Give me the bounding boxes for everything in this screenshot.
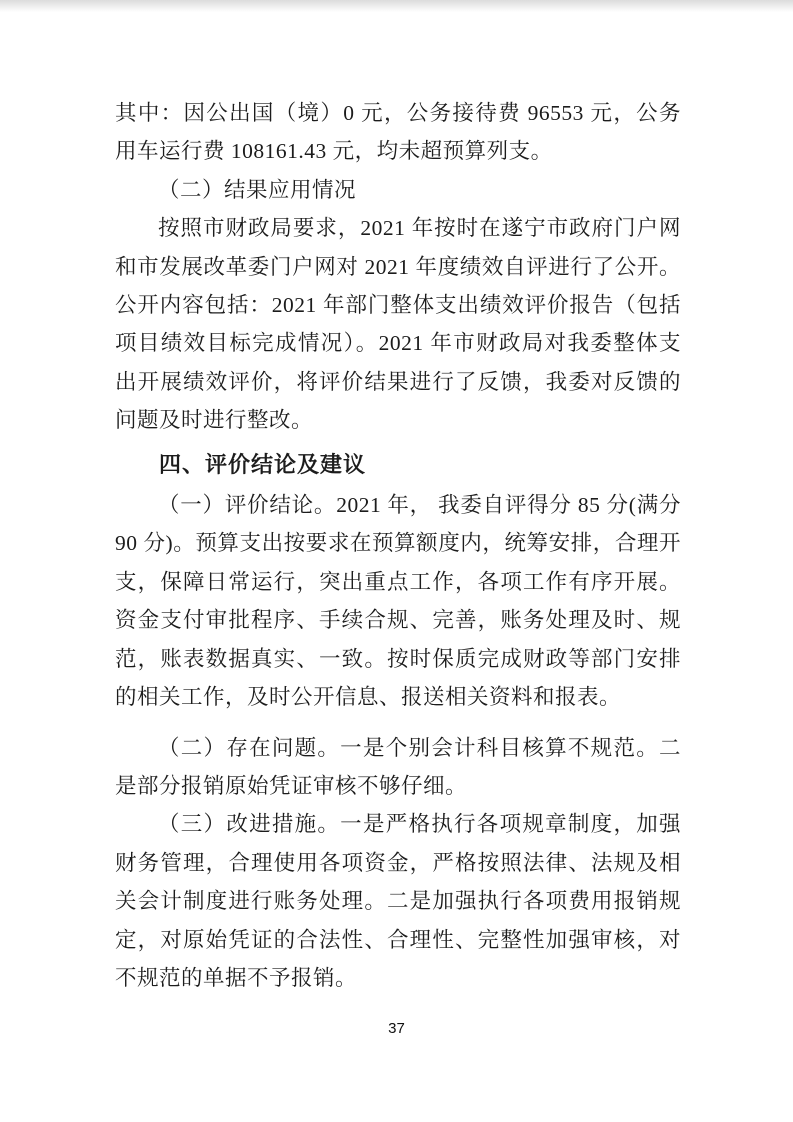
paragraph-improvement-measures: （三）改进措施。一是严格执行各项规章制度，加强财务管理，合理使用各项资金，严格按… bbox=[115, 805, 681, 997]
paragraph-evaluation-conclusion: （一）评价结论。2021 年， 我委自评得分 85 分(满分 90 分)。预算支… bbox=[115, 486, 681, 716]
scan-edge-artifact bbox=[0, 0, 793, 12]
paragraph-existing-problems: （二）存在问题。一是个别会计科目核算不规范。二是部分报销原始凭证审核不够仔细。 bbox=[115, 729, 681, 806]
paragraph-expense-detail: 其中：因公出国（境）0 元，公务接待费 96553 元，公务用车运行费 1081… bbox=[115, 94, 681, 171]
subheading-result-application: （二）结果应用情况 bbox=[115, 171, 681, 209]
paragraph-disclosure: 按照市财政局要求，2021 年按时在遂宁市政府门户网和市发展改革委门户网对 20… bbox=[115, 209, 681, 439]
section-heading-conclusion: 四、评价结论及建议 bbox=[115, 446, 681, 484]
document-page: 其中：因公出国（境）0 元，公务接待费 96553 元，公务用车运行费 1081… bbox=[0, 0, 793, 1122]
page-number: 37 bbox=[0, 1020, 793, 1037]
document-body: 其中：因公出国（境）0 元，公务接待费 96553 元，公务用车运行费 1081… bbox=[115, 94, 681, 997]
